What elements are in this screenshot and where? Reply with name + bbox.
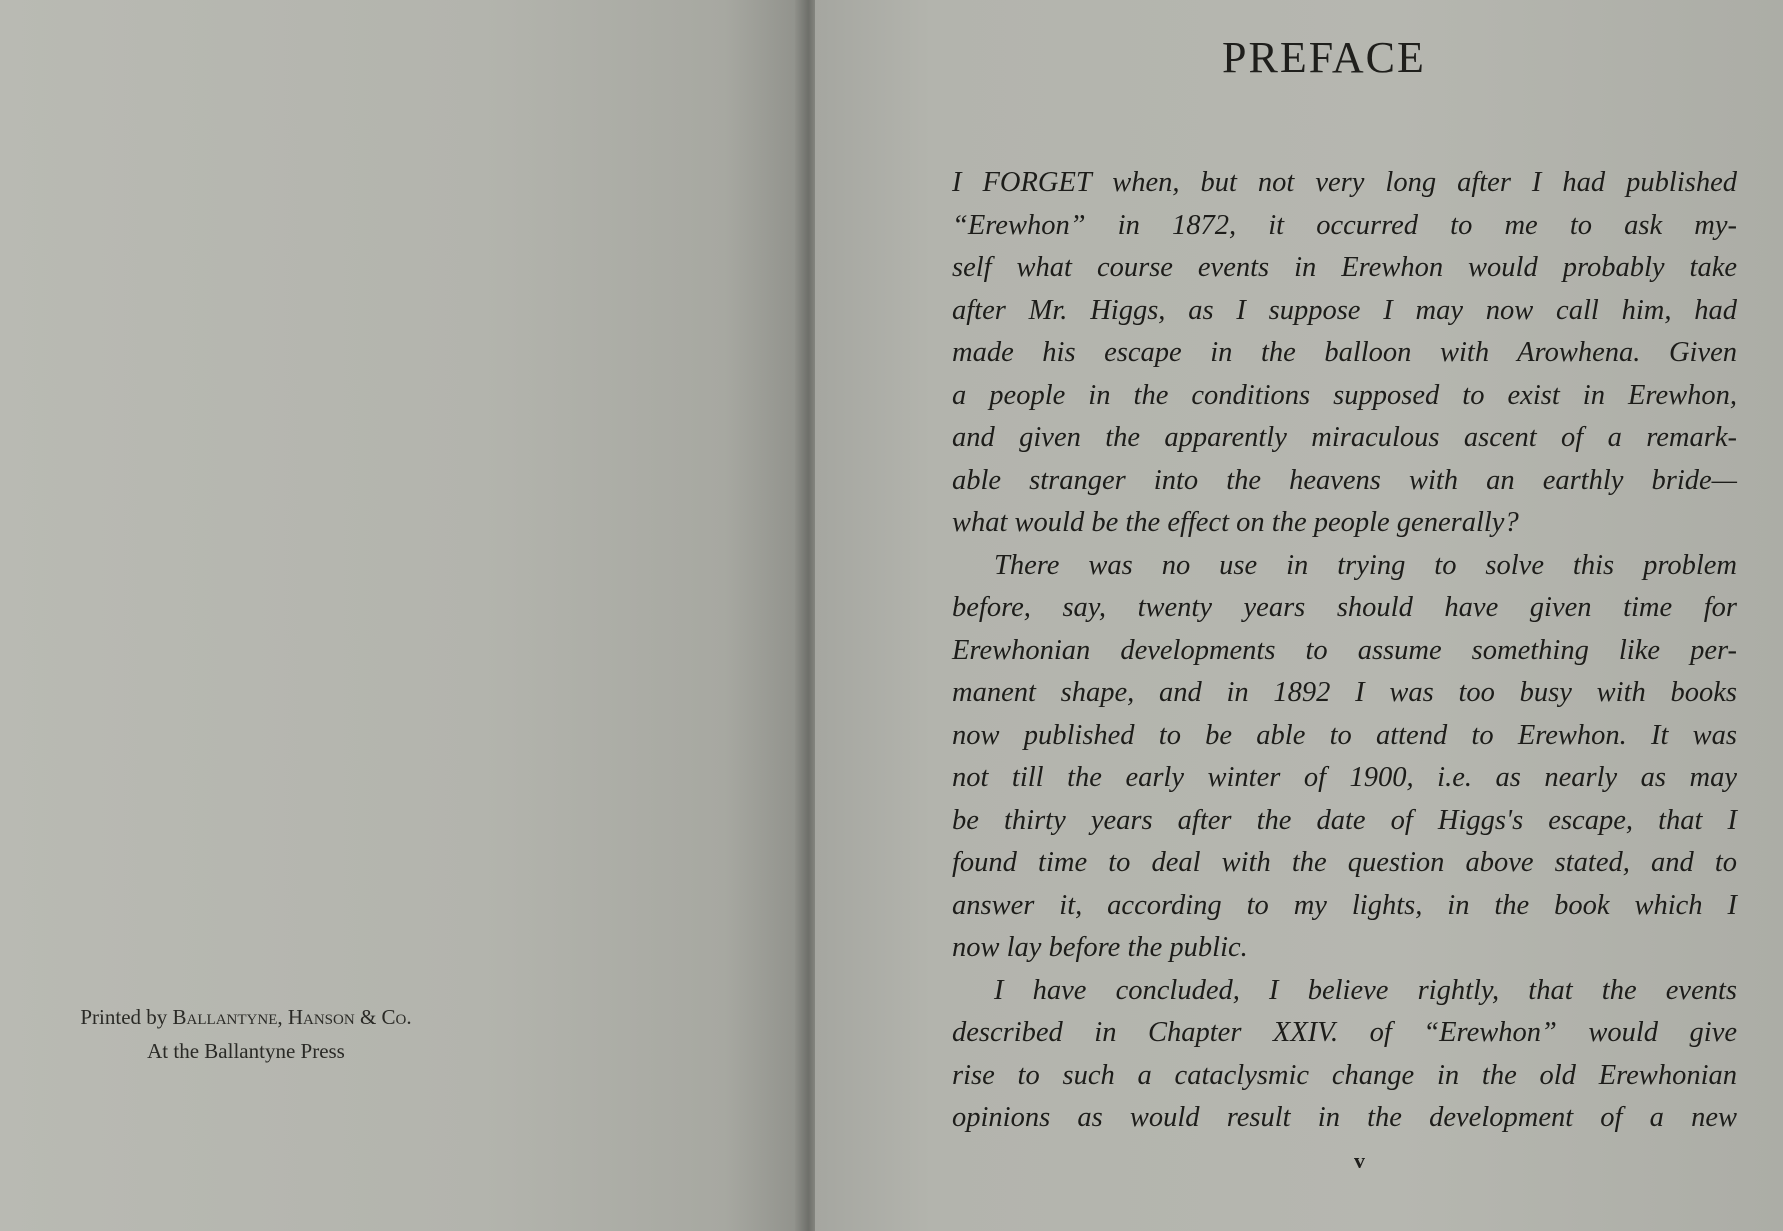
text-line: now lay before the public. xyxy=(952,927,1737,970)
text-line: There was no use in trying to solve this… xyxy=(952,545,1737,588)
paragraph-2: There was no use in trying to solve this… xyxy=(952,545,1737,970)
text-line: “Erewhon” in 1872, it occurred to me to … xyxy=(952,205,1737,248)
text-line: and given the apparently miraculous asce… xyxy=(952,417,1737,460)
left-page: Printed by Ballantyne, Hanson & Co. At t… xyxy=(0,0,805,1231)
imprint-line-1: Printed by Ballantyne, Hanson & Co. xyxy=(22,1000,470,1034)
text-line: found time to deal with the question abo… xyxy=(952,842,1737,885)
text-line: opinions as would result in the developm… xyxy=(952,1097,1737,1140)
text-line: described in Chapter XXIV. of “Erewhon” … xyxy=(952,1012,1737,1055)
text-line: made his escape in the balloon with Arow… xyxy=(952,332,1737,375)
paragraph-1: I FORGET when, but not very long after I… xyxy=(952,162,1737,545)
text-line: I FORGET when, but not very long after I… xyxy=(952,162,1737,205)
page-number: v xyxy=(1354,1148,1365,1174)
imprint-line-2: At the Ballantyne Press xyxy=(22,1034,470,1068)
text-line: be thirty years after the date of Higgs'… xyxy=(952,800,1737,843)
preface-text: I FORGET when, but not very long after I… xyxy=(952,162,1737,1140)
text-line: rise to such a cataclysmic change in the… xyxy=(952,1055,1737,1098)
text-line: manent shape, and in 1892 I was too busy… xyxy=(952,672,1737,715)
text-line: Erewhonian developments to assume someth… xyxy=(952,630,1737,673)
text-line: what would be the effect on the people g… xyxy=(952,502,1737,545)
text-line: I have concluded, I believe rightly, tha… xyxy=(952,970,1737,1013)
text-line: now published to be able to attend to Er… xyxy=(952,715,1737,758)
text-line: not till the early winter of 1900, i.e. … xyxy=(952,757,1737,800)
text-line: able stranger into the heavens with an e… xyxy=(952,460,1737,503)
printer-imprint: Printed by Ballantyne, Hanson & Co. At t… xyxy=(22,1000,470,1068)
printer-name: Ballantyne, Hanson & Co. xyxy=(173,1005,412,1029)
text-line: after Mr. Higgs, as I suppose I may now … xyxy=(952,290,1737,333)
book-spread: Printed by Ballantyne, Hanson & Co. At t… xyxy=(0,0,1783,1231)
text-line: self what course events in Erewhon would… xyxy=(952,247,1737,290)
text-line: answer it, according to my lights, in th… xyxy=(952,885,1737,928)
text-line: a people in the conditions supposed to e… xyxy=(952,375,1737,418)
text-line: before, say, twenty years should have gi… xyxy=(952,587,1737,630)
paragraph-3: I have concluded, I believe rightly, tha… xyxy=(952,970,1737,1140)
page-title: PREFACE xyxy=(1222,32,1426,83)
